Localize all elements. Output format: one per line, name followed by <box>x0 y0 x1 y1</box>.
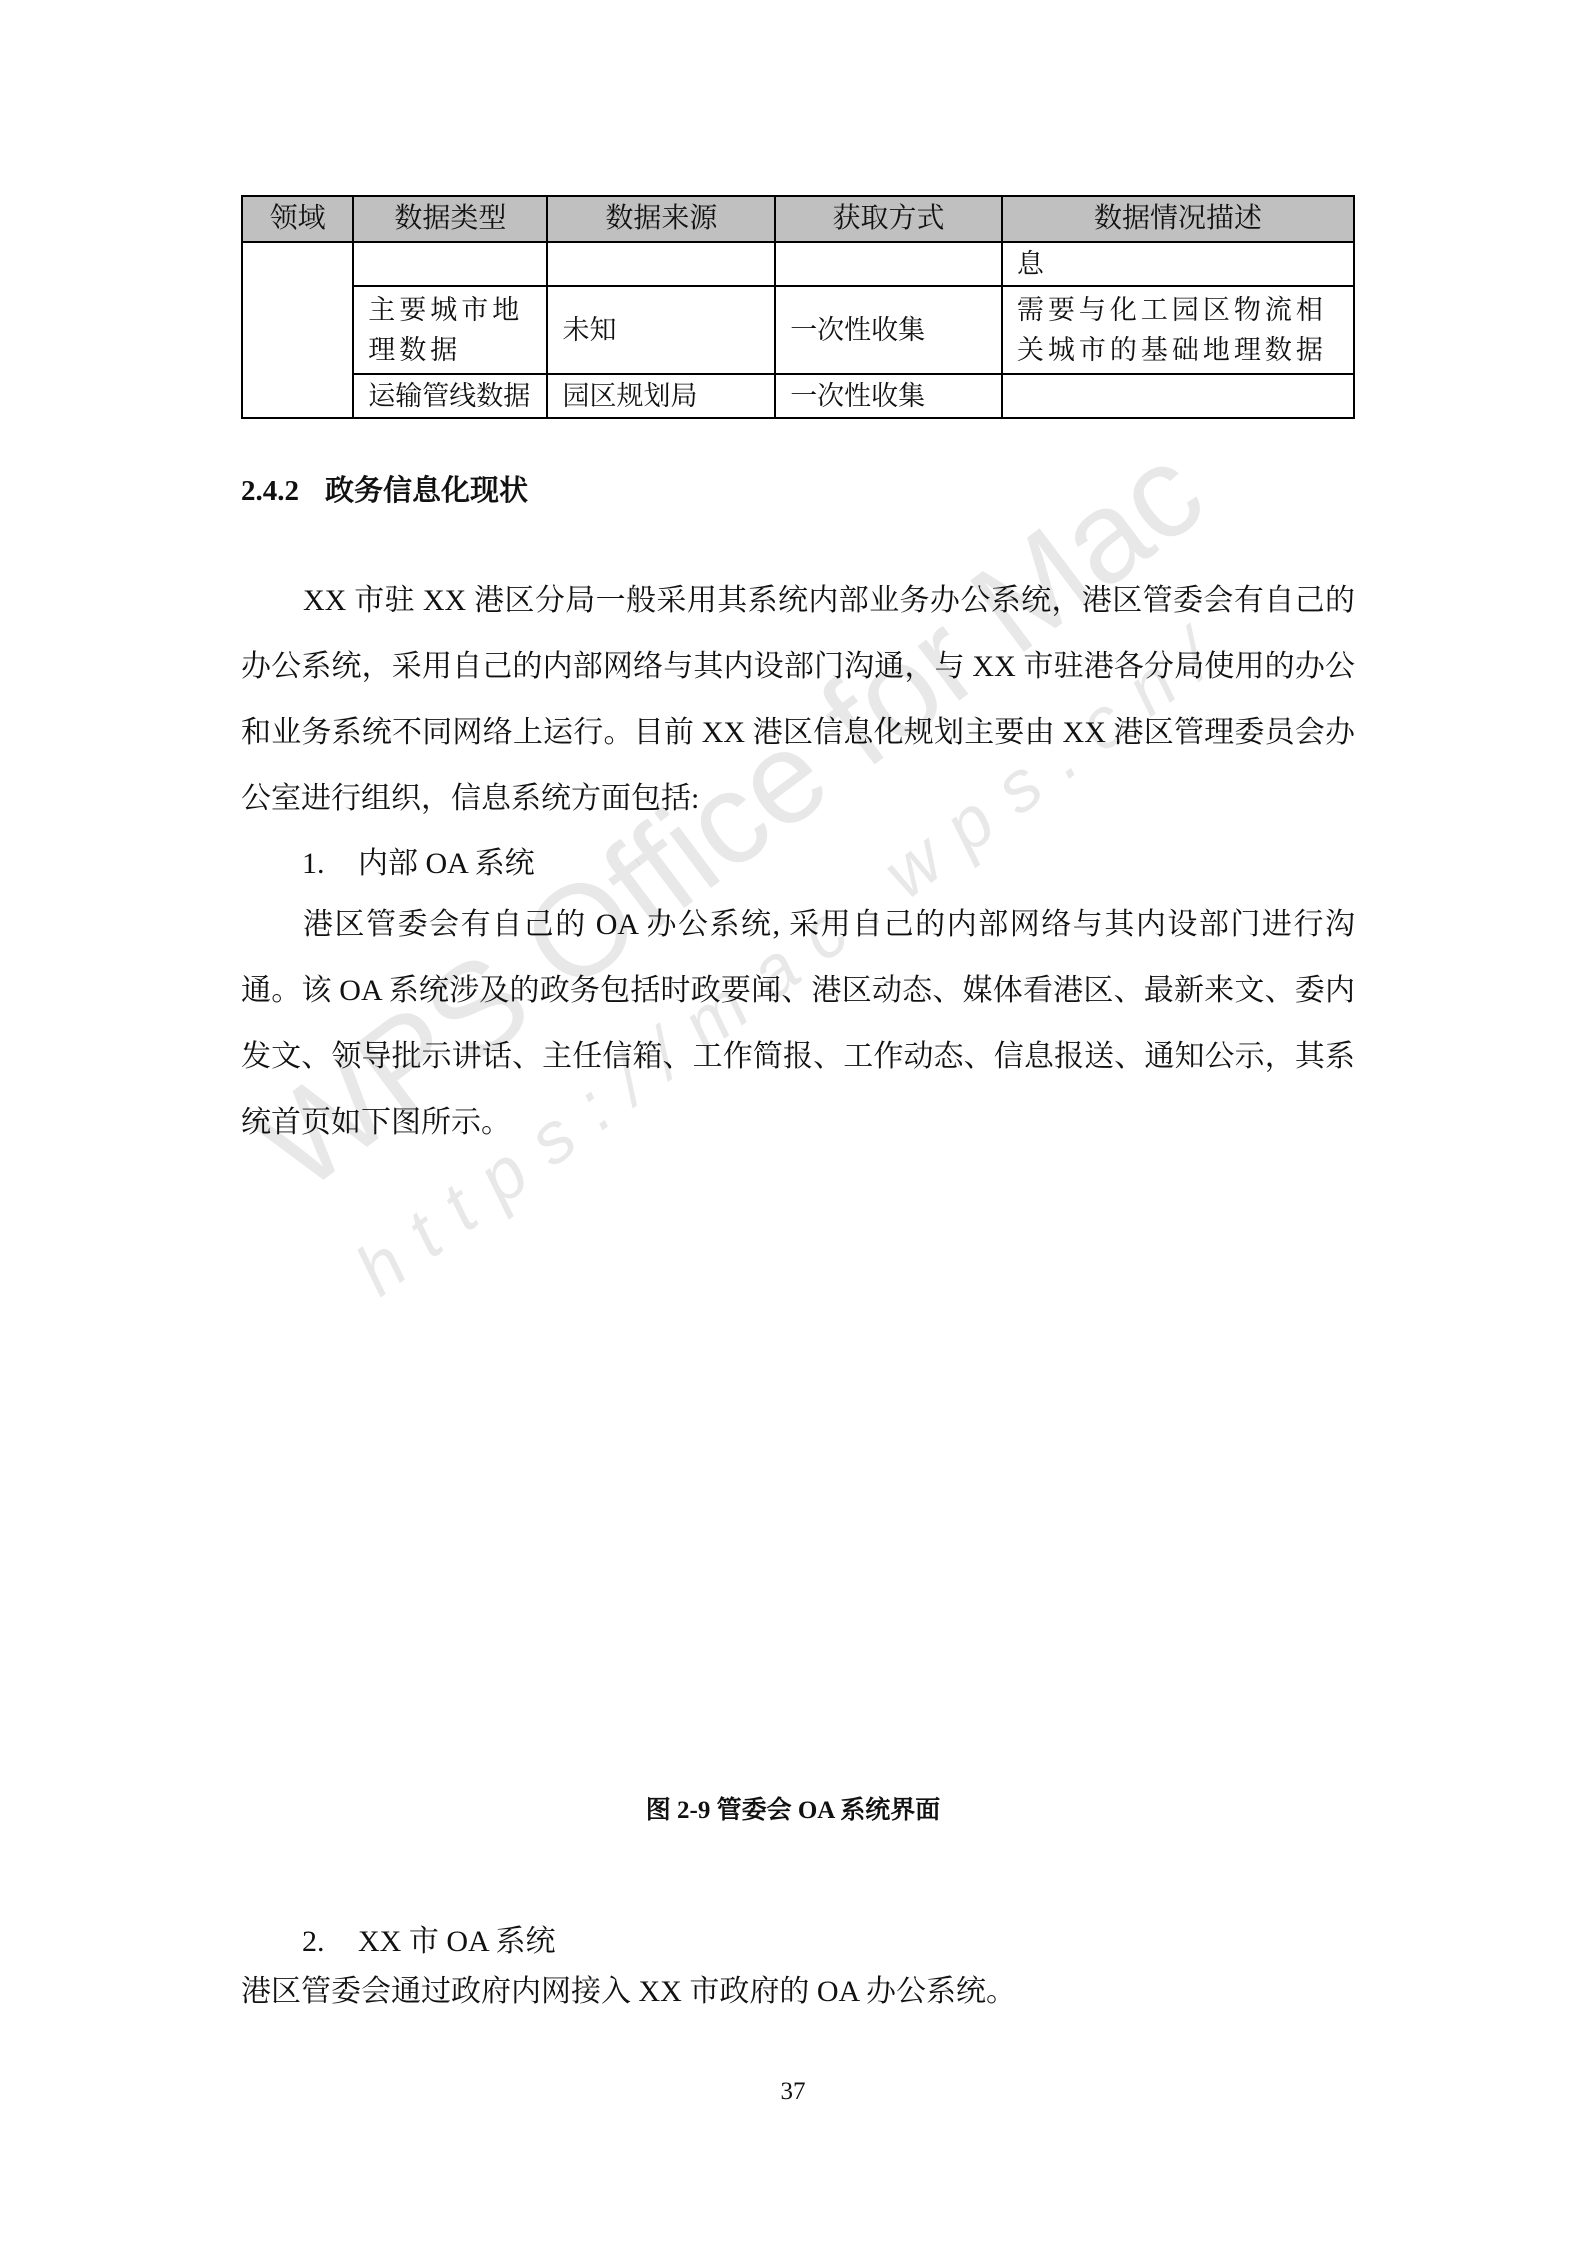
table-row: 息 <box>242 242 1354 286</box>
cell-description: 息 <box>1002 242 1354 286</box>
document-page: 领域 数据类型 数据来源 获取方式 数据情况描述 息 主要城市地理数据 未知 一… <box>0 0 1586 2244</box>
data-table: 领域 数据类型 数据来源 获取方式 数据情况描述 息 主要城市地理数据 未知 一… <box>241 195 1355 419</box>
cell-source <box>547 242 775 286</box>
cell-type: 运输管线数据 <box>353 374 547 418</box>
list-item-number: 1. <box>302 847 358 881</box>
cell-source: 未知 <box>547 286 775 374</box>
intro-paragraph: XX 市驻 XX 港区分局一般采用其系统内部业务办公系统，港区管委会有自己的办公… <box>241 568 1355 832</box>
item2-paragraph: 港区管委会通过政府内网接入 XX 市政府的 OA 办公系统。 <box>241 1966 1016 2010</box>
cell-acquisition <box>775 242 1002 286</box>
cell-acquisition: 一次性收集 <box>775 286 1002 374</box>
header-domain: 领域 <box>242 196 353 242</box>
table-row: 运输管线数据 园区规划局 一次性收集 <box>242 374 1354 418</box>
table-row: 主要城市地理数据 未知 一次性收集 需要与化工园区物流相关城市的基础地理数据 <box>242 286 1354 374</box>
header-acquisition: 获取方式 <box>775 196 1002 242</box>
cell-description: 需要与化工园区物流相关城市的基础地理数据 <box>1002 286 1354 374</box>
item1-paragraph: 港区管委会有自己的 OA 办公系统, 采用自己的内部网络与其内设部门进行沟通。该… <box>241 892 1355 1156</box>
header-data-type: 数据类型 <box>353 196 547 242</box>
section-title: 政务信息化现状 <box>325 475 528 507</box>
list-item-number: 2. <box>302 1925 358 1959</box>
figure-caption: 图 2-9 管委会 OA 系统界面 <box>0 1790 1586 1826</box>
cell-source: 园区规划局 <box>547 374 775 418</box>
section-heading: 2.4.2政务信息化现状 <box>241 468 528 509</box>
cell-type <box>353 242 547 286</box>
cell-type: 主要城市地理数据 <box>353 286 547 374</box>
header-data-source: 数据来源 <box>547 196 775 242</box>
table-header-row: 领域 数据类型 数据来源 获取方式 数据情况描述 <box>242 196 1354 242</box>
list-item-2: 2.XX 市 OA 系统 <box>302 1916 556 1960</box>
list-item-1: 1.内部 OA 系统 <box>302 838 535 882</box>
page-number: 37 <box>0 2078 1586 2106</box>
section-number: 2.4.2 <box>241 475 299 507</box>
cell-description <box>1002 374 1354 418</box>
list-item-title: XX 市 OA 系统 <box>358 1925 556 1958</box>
cell-domain <box>242 242 353 418</box>
header-description: 数据情况描述 <box>1002 196 1354 242</box>
list-item-title: 内部 OA 系统 <box>358 847 535 880</box>
cell-acquisition: 一次性收集 <box>775 374 1002 418</box>
